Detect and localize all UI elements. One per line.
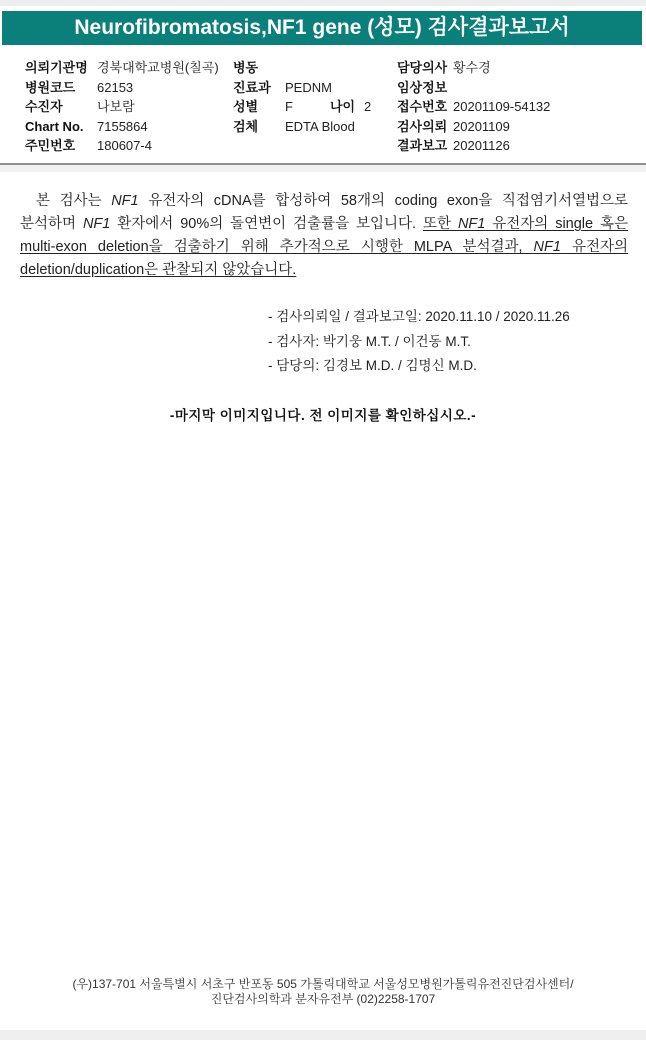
paragraph-text: 유전자의 cDNA를 합성하여 58개의 coding exon을 직접염기서열… [139,193,628,209]
page-top-strip [0,0,646,6]
field-institution-value: 경북대학교병원(칠곡) [97,60,219,75]
field-hospital-code-label: 병원코드 [25,78,97,98]
paragraph-text: 본 검사는 [36,193,111,209]
footer-address: (우)137-701 서울특별시 서초구 반포동 505 가톨릭대학교 서울성모… [0,977,646,1007]
page-bottom-strip [0,1030,646,1040]
field-department-value: PEDNM [285,80,332,95]
field-specimen-label: 검체 [233,117,285,137]
field-ward: 병동 [233,58,371,78]
paragraph-text-underlined: 유전자의 single 혹은 [485,216,628,232]
report-title: Neurofibromatosis,NF1 gene (성모) 검사결과보고서 [74,16,569,39]
date-request-report-line: - 검사의뢰일 / 결과보고일: 2020.11.10 / 2020.11.26 [268,305,570,330]
paragraph-line-2: 분석하며 NF1 환자에서 90%의 돌연변이 검출률을 보입니다. 또한 NF… [20,213,628,236]
field-department-label: 진료과 [233,78,285,98]
gene-name-italic: NF1 [458,216,485,232]
field-department: 진료과PEDNM [233,78,371,98]
field-doctor-value: 황수경 [453,60,491,75]
field-report-date-value: 20201126 [453,138,510,153]
dates-block: - 검사의뢰일 / 결과보고일: 2020.11.10 / 2020.11.26… [268,305,570,379]
field-sex-label: 성별 [233,97,285,117]
paragraph-line-3: multi-exon deletion을 검출하기 위해 추가적으로 시행한 M… [20,236,628,259]
field-patient-name: 수진자나보람 [25,97,219,117]
gene-name-italic: NF1 [534,239,561,255]
field-hospital-code: 병원코드62153 [25,78,219,98]
field-chart-no-label: Chart No. [25,117,97,137]
gene-name-italic: NF1 [83,216,110,232]
last-image-notice: -마지막 이미지입니다. 전 이미지를 확인하십시오.- [0,404,646,424]
footer-address-line-1: (우)137-701 서울특별시 서초구 반포동 505 가톨릭대학교 서울성모… [0,977,646,992]
field-report-date-label: 결과보고 [397,136,453,156]
paragraph-text-underlined: multi-exon deletion을 검출하기 위해 추가적으로 시행한 M… [20,239,534,255]
field-specimen-value: EDTA Blood [285,119,355,134]
field-request-date: 검사의뢰20201109 [397,117,550,137]
field-age-value: 2 [364,99,371,114]
field-sex-value: F [285,97,330,117]
field-resident-no-value: 180607-4 [97,138,152,153]
field-doctor-label: 담당의사 [397,58,453,78]
paragraph-text-underlined: 유전자의 [561,239,628,255]
result-paragraph: 본 검사는 NF1 유전자의 cDNA를 합성하여 58개의 coding ex… [20,190,628,282]
field-resident-no: 주민번호180607-4 [25,136,219,156]
header-separator-band [0,165,646,172]
info-column-left: 의뢰기관명경북대학교병원(칠곡) 병원코드62153 수진자나보람 Chart … [25,58,219,156]
paragraph-line-4: deletion/duplication은 관찰되지 않았습니다. [20,259,628,282]
field-hospital-code-value: 62153 [97,80,133,95]
field-patient-name-label: 수진자 [25,97,97,117]
paragraph-text: 환자에서 90%의 돌연변이 검출률을 보입니다. [110,216,423,232]
field-ward-label: 병동 [233,58,285,78]
field-institution-label: 의뢰기관명 [25,58,97,78]
field-patient-name-value: 나보람 [97,99,135,114]
field-accession-no: 접수번호20201109-54132 [397,97,550,117]
field-chart-no: Chart No.7155864 [25,117,219,137]
field-institution: 의뢰기관명경북대학교병원(칠곡) [25,58,219,78]
attending-doctor-line: - 담당의: 김경보 M.D. / 김명신 M.D. [268,354,570,379]
paragraph-text-underlined: 또한 [423,216,458,232]
field-sex-age: 성별F나이2 [233,97,371,117]
field-clinical-info: 임상정보 [397,78,550,98]
field-age-label: 나이 [330,97,364,117]
paragraph-text-underlined: deletion/duplication은 관찰되지 않았습니다. [20,262,296,278]
field-clinical-info-label: 임상정보 [397,78,453,98]
examiner-line: - 검사자: 박기웅 M.T. / 이건동 M.T. [268,330,570,355]
field-accession-no-label: 접수번호 [397,97,453,117]
paragraph-text: 분석하며 [20,216,83,232]
footer-address-line-2: 진단검사의학과 분자유전부 (02)2258-1707 [0,992,646,1007]
field-specimen: 검체EDTA Blood [233,117,371,137]
report-title-banner: Neurofibromatosis,NF1 gene (성모) 검사결과보고서 [2,11,642,45]
field-doctor: 담당의사황수경 [397,58,550,78]
field-accession-no-value: 20201109-54132 [453,99,550,114]
field-request-date-label: 검사의뢰 [397,117,453,137]
gene-name-italic: NF1 [111,193,138,209]
info-column-right: 담당의사황수경 임상정보 접수번호20201109-54132 검사의뢰2020… [397,58,550,156]
field-report-date: 결과보고20201126 [397,136,550,156]
paragraph-line-1: 본 검사는 NF1 유전자의 cDNA를 합성하여 58개의 coding ex… [20,190,628,213]
info-column-middle: 병동 진료과PEDNM 성별F나이2 검체EDTA Blood [233,58,371,136]
field-resident-no-label: 주민번호 [25,136,97,156]
field-request-date-value: 20201109 [453,119,510,134]
field-chart-no-value: 7155864 [97,119,148,134]
